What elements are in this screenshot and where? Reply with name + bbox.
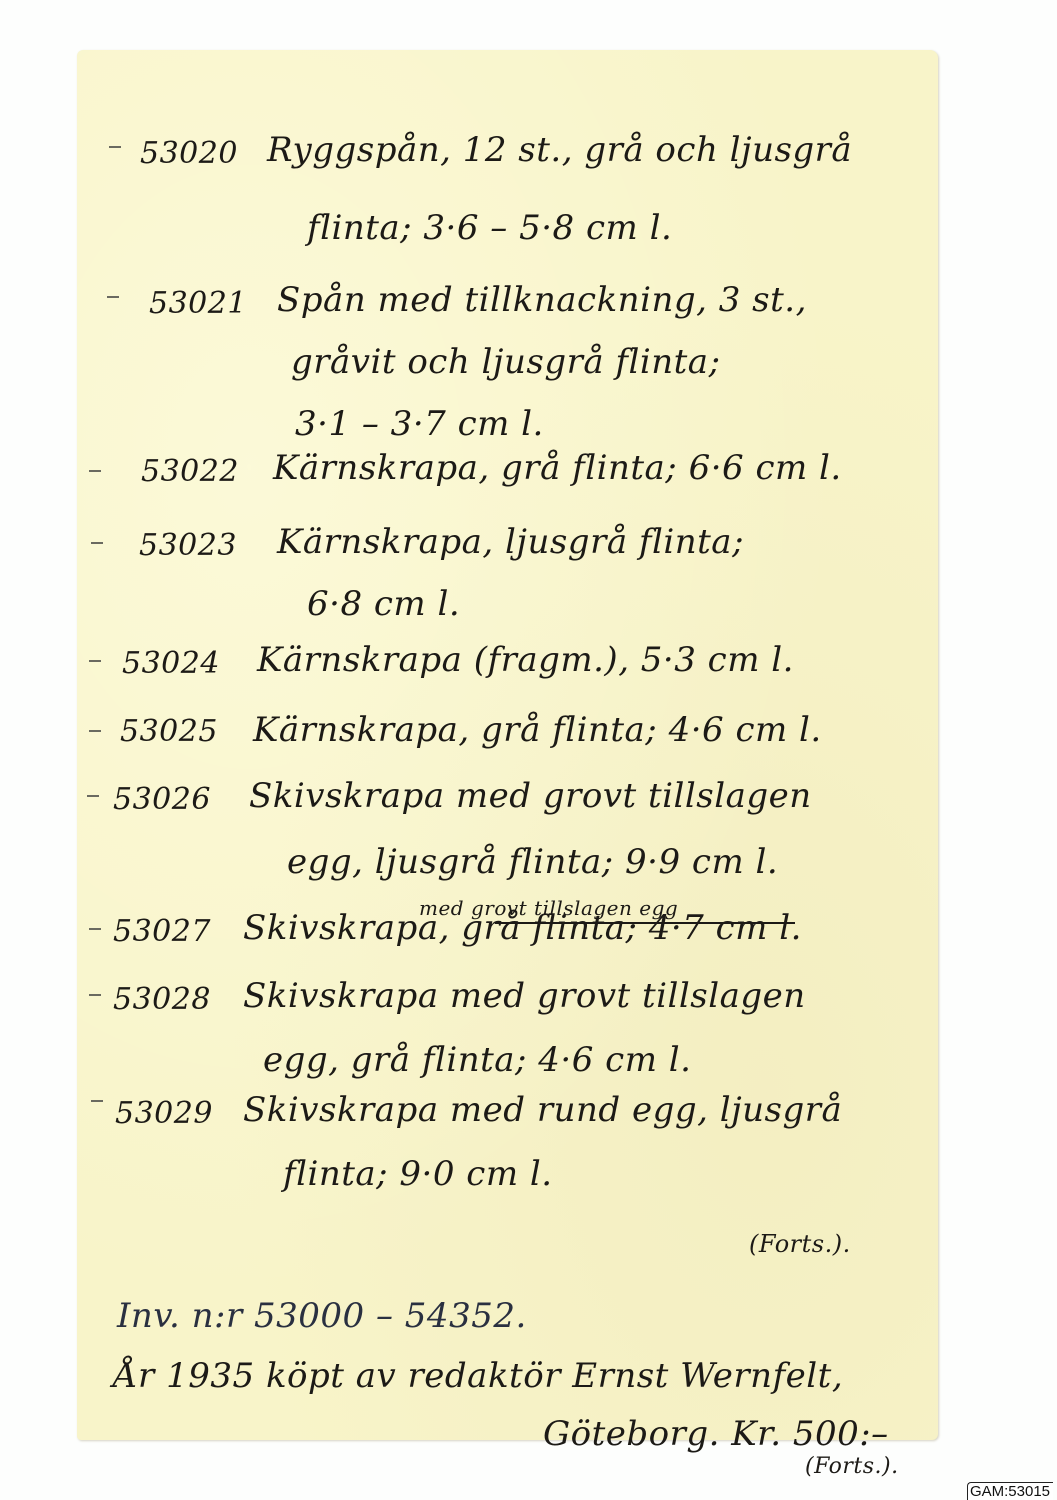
entry-text: flinta; 9·0 cm l. (283, 1154, 553, 1194)
continued-note: (Forts.). (805, 1454, 899, 1479)
entry-number: 53022 (141, 454, 239, 489)
entry-number: 53023 (139, 528, 237, 563)
entry-text: Kärnskrapa, ljusgrå flinta; (277, 522, 744, 562)
entry-number: 53029 (115, 1096, 213, 1131)
entry-number: 53024 (122, 646, 220, 681)
acquisition-place-price: Göteborg. Kr. 500:– (543, 1414, 889, 1454)
entry-text: Kärnskrapa, grå flinta; 4·6 cm l. (253, 710, 822, 750)
margin-dash (87, 795, 99, 797)
entry-text: gråvit och ljusgrå flinta; (291, 342, 721, 382)
entry-text: egg, ljusgrå flinta; 9·9 cm l. (287, 842, 778, 882)
margin-dash (89, 660, 101, 662)
entry-number: 53027 (113, 914, 211, 949)
margin-dash (89, 994, 101, 996)
entry-number: 53025 (120, 714, 218, 749)
acquisition-note: År 1935 köpt av redaktör Ernst Wernfelt, (113, 1356, 843, 1396)
collection-id-label: GAM:53015 (967, 1482, 1053, 1500)
entry-text: Skivskrapa med grovt tillslagen (243, 976, 806, 1016)
margin-dash (109, 146, 121, 148)
entry-text: 3·1 – 3·7 cm l. (295, 404, 544, 444)
entry-text: flinta; 3·6 – 5·8 cm l. (307, 208, 672, 248)
entry-text: Kärnskrapa (fragm.), 5·3 cm l. (257, 640, 794, 680)
margin-dash (89, 730, 101, 732)
entry-text: Skivskrapa med rund egg, ljusgrå (243, 1090, 842, 1130)
entry-number: 53028 (113, 982, 211, 1017)
margin-dash (107, 296, 119, 298)
margin-dash (91, 542, 103, 544)
margin-dash (89, 928, 101, 930)
entry-text: Skivskrapa med grovt tillslagen (249, 776, 812, 816)
margin-dash (91, 1100, 103, 1102)
entry-text: Kärnskrapa, grå flinta; 6·6 cm l. (273, 448, 842, 488)
catalog-card: 53020 Ryggspån, 12 st., grå och ljusgrå … (77, 50, 938, 1440)
entry-number: 53020 (140, 136, 238, 171)
entry-text: egg, grå flinta; 4·6 cm l. (263, 1040, 691, 1080)
entry-number: 53026 (113, 782, 211, 817)
entry-text: Skivskrapa, grå flinta; 4·7 cm l. (243, 908, 802, 948)
continued-note: (Forts.). (749, 1230, 851, 1258)
entry-text: 6·8 cm l. (307, 584, 460, 624)
entry-text: Ryggspån, 12 st., grå och ljusgrå (267, 130, 852, 170)
inventory-range: Inv. n:r 53000 – 54352. (117, 1296, 527, 1336)
entry-number: 53021 (149, 286, 247, 321)
entry-text: Spån med tillknackning, 3 st., (277, 280, 807, 320)
margin-dash (89, 470, 101, 472)
